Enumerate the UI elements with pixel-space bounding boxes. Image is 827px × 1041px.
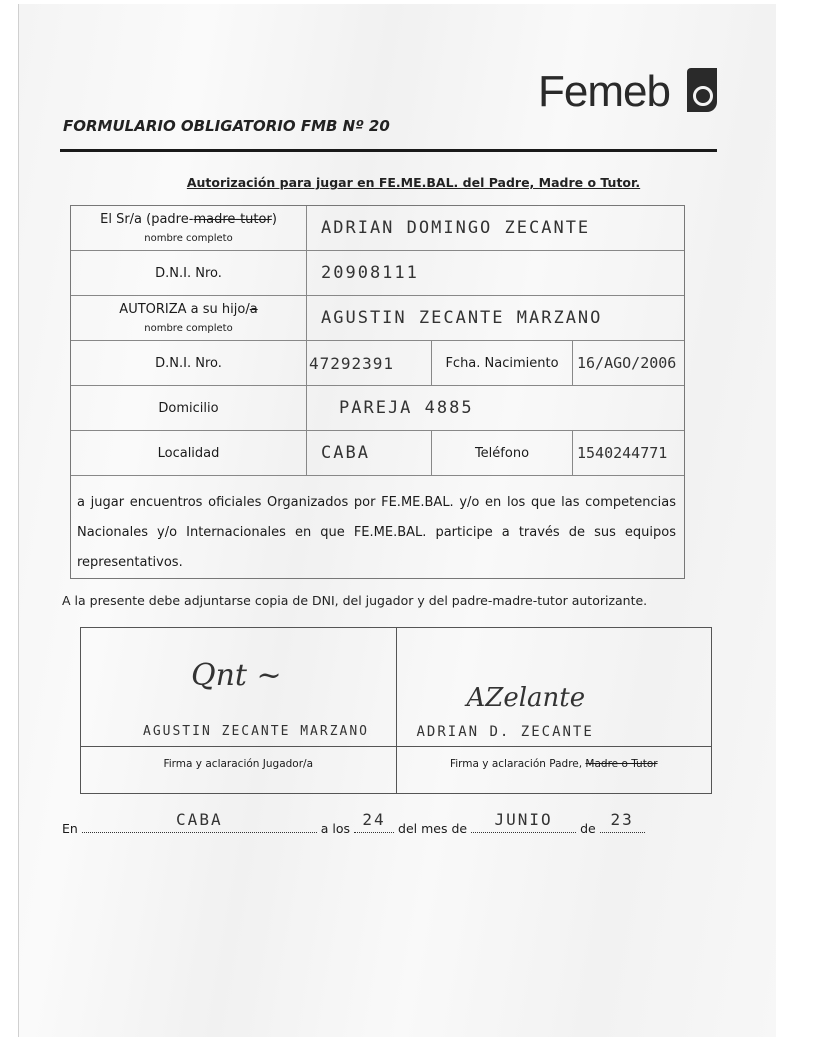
parent-dni-row: D.N.I. Nro. 20908111 <box>71 250 684 295</box>
player-signature: Qnt ~ <box>191 658 282 693</box>
birth-date-value: 16/AGO/2006 <box>577 354 676 372</box>
city-value: CABA <box>309 443 370 463</box>
child-name-value: AGUSTIN ZECANTE MARZANO <box>321 308 602 328</box>
parent-caption-text: Firma y aclaración Padre, <box>450 758 585 770</box>
authorization-clause: a jugar encuentros oficiales Organizados… <box>71 475 684 578</box>
month-value: JUNIO <box>471 810 576 829</box>
parent-name-field[interactable]: ADRIAN DOMINGO ZECANTE <box>306 206 684 250</box>
address-field[interactable]: PAREJA 4885 <box>306 386 684 430</box>
femeba-logo: Femeb <box>538 70 688 114</box>
address-label: Domicilio <box>71 386 306 430</box>
authorization-table: El Sr/a (padre-madre-tutor) nombre compl… <box>70 205 685 579</box>
city-label: Localidad <box>71 431 306 475</box>
parent-name-value: ADRIAN DOMINGO ZECANTE <box>321 218 590 238</box>
child-dni-field[interactable]: 47292391 <box>306 341 431 385</box>
year-field[interactable]: 23 <box>600 818 645 833</box>
parent-signature-caption: Firma y aclaración Padre, Madre o Tutor <box>397 758 712 770</box>
femeba-logo-mark-icon <box>687 68 717 112</box>
a-los-label: a los <box>321 821 350 836</box>
day-field[interactable]: 24 <box>354 818 394 833</box>
city-phone-row: Localidad CABA Teléfono 1540244771 <box>71 430 684 475</box>
child-name-field[interactable]: AGUSTIN ZECANTE MARZANO <box>306 296 684 340</box>
address-value: PAREJA 4885 <box>321 398 474 418</box>
en-label: En <box>62 821 78 836</box>
player-signature-caption: Firma y aclaración Jugador/a <box>81 758 396 770</box>
child-name-row: AUTORIZA a su hijo/a nombre completo AGU… <box>71 295 684 340</box>
de-label: de <box>580 821 596 836</box>
parent-caption-struck: Madre o Tutor <box>585 758 657 770</box>
birth-date-label: Fcha. Nacimiento <box>431 341 572 385</box>
form-subtitle: Autorización para jugar en FE.ME.BAL. de… <box>0 175 827 190</box>
child-dni-label: D.N.I. Nro. <box>71 341 306 385</box>
parent-dni-label: D.N.I. Nro. <box>71 251 306 295</box>
year-value: 23 <box>600 810 645 829</box>
parent-name-row: El Sr/a (padre-madre-tutor) nombre compl… <box>71 206 684 250</box>
parent-dni-field[interactable]: 20908111 <box>306 251 684 295</box>
header-divider <box>60 149 717 152</box>
parent-signature-line <box>397 746 712 747</box>
player-signature-line <box>81 746 396 747</box>
phone-value: 1540244771 <box>577 444 667 462</box>
child-name-label: AUTORIZA a su hijo/a nombre completo <box>71 296 306 340</box>
parent-label-struck: madre-tutor <box>193 212 271 227</box>
parent-dni-value: 20908111 <box>321 263 419 283</box>
month-field[interactable]: JUNIO <box>471 818 576 833</box>
city-field[interactable]: CABA <box>306 431 431 475</box>
parent-label-end: ) <box>272 212 277 227</box>
day-value: 24 <box>354 810 394 829</box>
parent-name-sublabel: nombre completo <box>144 233 232 244</box>
child-dni-value: 47292391 <box>309 354 394 373</box>
address-row: Domicilio PAREJA 4885 <box>71 385 684 430</box>
child-name-sublabel: nombre completo <box>144 323 232 334</box>
attachment-note: A la presente debe adjuntarse copia de D… <box>62 593 647 608</box>
child-label-text: AUTORIZA a su hijo/ <box>119 302 249 317</box>
player-printed-name: AGUSTIN ZECANTE MARZANO <box>143 724 369 739</box>
parent-name-label: El Sr/a (padre-madre-tutor) nombre compl… <box>71 206 306 250</box>
parent-printed-name: ADRIAN D. ZECANTE <box>417 724 594 740</box>
phone-field[interactable]: 1540244771 <box>572 431 684 475</box>
signature-box: Qnt ~ AGUSTIN ZECANTE MARZANO Firma y ac… <box>80 627 712 794</box>
place-field[interactable]: CABA <box>82 818 317 833</box>
player-signature-area[interactable]: Qnt ~ AGUSTIN ZECANTE MARZANO Firma y ac… <box>81 628 396 793</box>
form-title: FORMULARIO OBLIGATORIO FMB Nº 20 <box>63 117 390 135</box>
date-place-line: En CABA a los 24 del mes de JUNIO de 23 <box>62 818 645 836</box>
child-label-struck: a <box>250 302 258 317</box>
parent-signature-area[interactable]: AZelante ADRIAN D. ZECANTE Firma y aclar… <box>396 628 712 793</box>
parent-signature: AZelante <box>467 683 586 713</box>
mes-label: del mes de <box>398 821 467 836</box>
parent-label-text: El Sr/a (padre- <box>100 212 193 227</box>
birth-date-field[interactable]: 16/AGO/2006 <box>572 341 684 385</box>
place-value: CABA <box>82 810 317 829</box>
child-dni-row: D.N.I. Nro. 47292391 Fcha. Nacimiento 16… <box>71 340 684 385</box>
phone-label: Teléfono <box>431 431 572 475</box>
